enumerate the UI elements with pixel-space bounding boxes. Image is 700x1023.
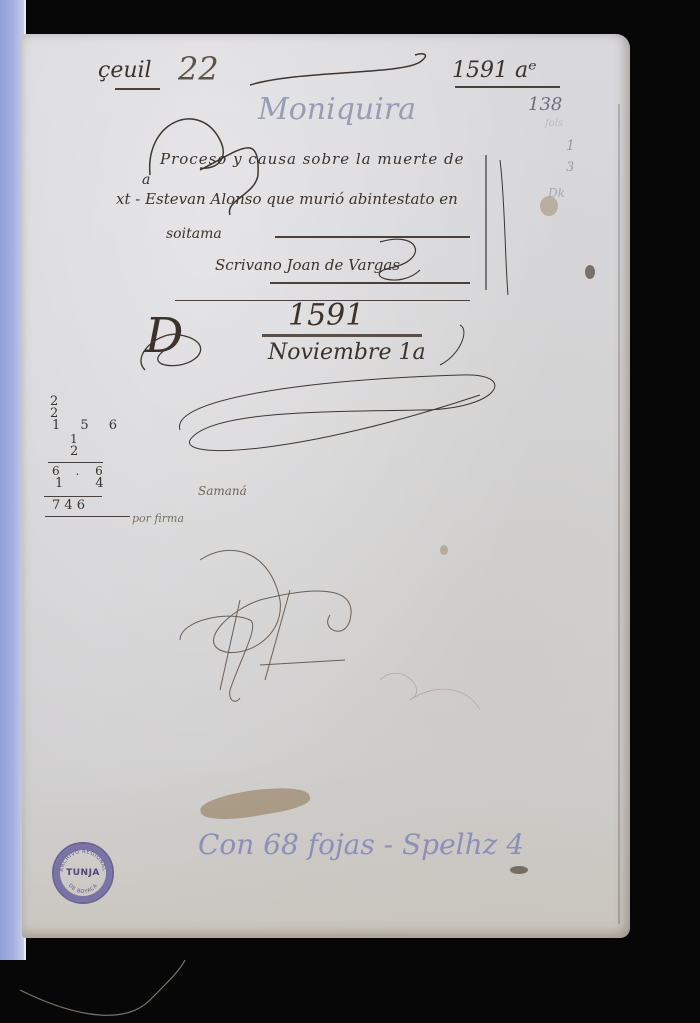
stain [510,866,528,874]
date-month: Noviembre 1a [268,340,426,365]
sum-line [48,462,103,463]
title-line-2-prefix: a [142,172,150,188]
margin-sum-total: 7 4 6 [52,498,85,513]
title-line-1: Proceso y causa sobre la muerte de [160,150,464,168]
stamp-ring-text: ARCHIVO REGIONAL DE BOYACÁ [54,844,112,902]
stain [440,545,448,555]
header-year: 1591 aᵉ [452,58,537,83]
header-left-number: 22 [178,50,219,88]
sum-line [44,496,102,497]
date-initial: D [145,308,183,364]
marginal-name: Samaná [198,484,247,498]
title-line-3: soitama [166,226,222,242]
svg-text:ARCHIVO REGIONAL: ARCHIVO REGIONAL [59,849,107,872]
folio-sub: fols [545,118,563,129]
title-rule-2 [270,282,470,284]
margin-sum-row: 1 4 [55,476,118,491]
stain [585,265,595,279]
folio-number: 138 [528,94,562,115]
date-year: 1591 [288,298,364,333]
right-margin-note: 3 [566,160,574,175]
right-margin-note: Dk [548,186,565,200]
header-left-underline [115,88,160,90]
bottom-pencil-note: Con 68 fojas - Spelhz 4 [198,828,524,861]
sum-line [45,516,130,517]
margin-sum-row: 1 5 6 [52,418,125,433]
margin-sum-row: 2 [70,444,78,459]
right-margin-note: 1 [566,138,575,154]
pencil-title: Moniquira [258,92,416,127]
archive-stamp: ARCHIVO REGIONAL DE BOYACÁ TUNJA [52,842,114,904]
title-rule-1 [275,236,470,238]
header-left-label: çeuil [98,58,152,83]
date-year-underline [262,334,422,337]
title-line-2: xt - Estevan Alonso que murió abintestat… [116,190,458,208]
title-line-4: Scrivano Joan de Vargas [215,256,400,274]
svg-text:DE BOYACÁ: DE BOYACÁ [67,882,99,895]
marginal-signature: por firma [132,512,184,525]
header-year-underline [455,86,560,88]
